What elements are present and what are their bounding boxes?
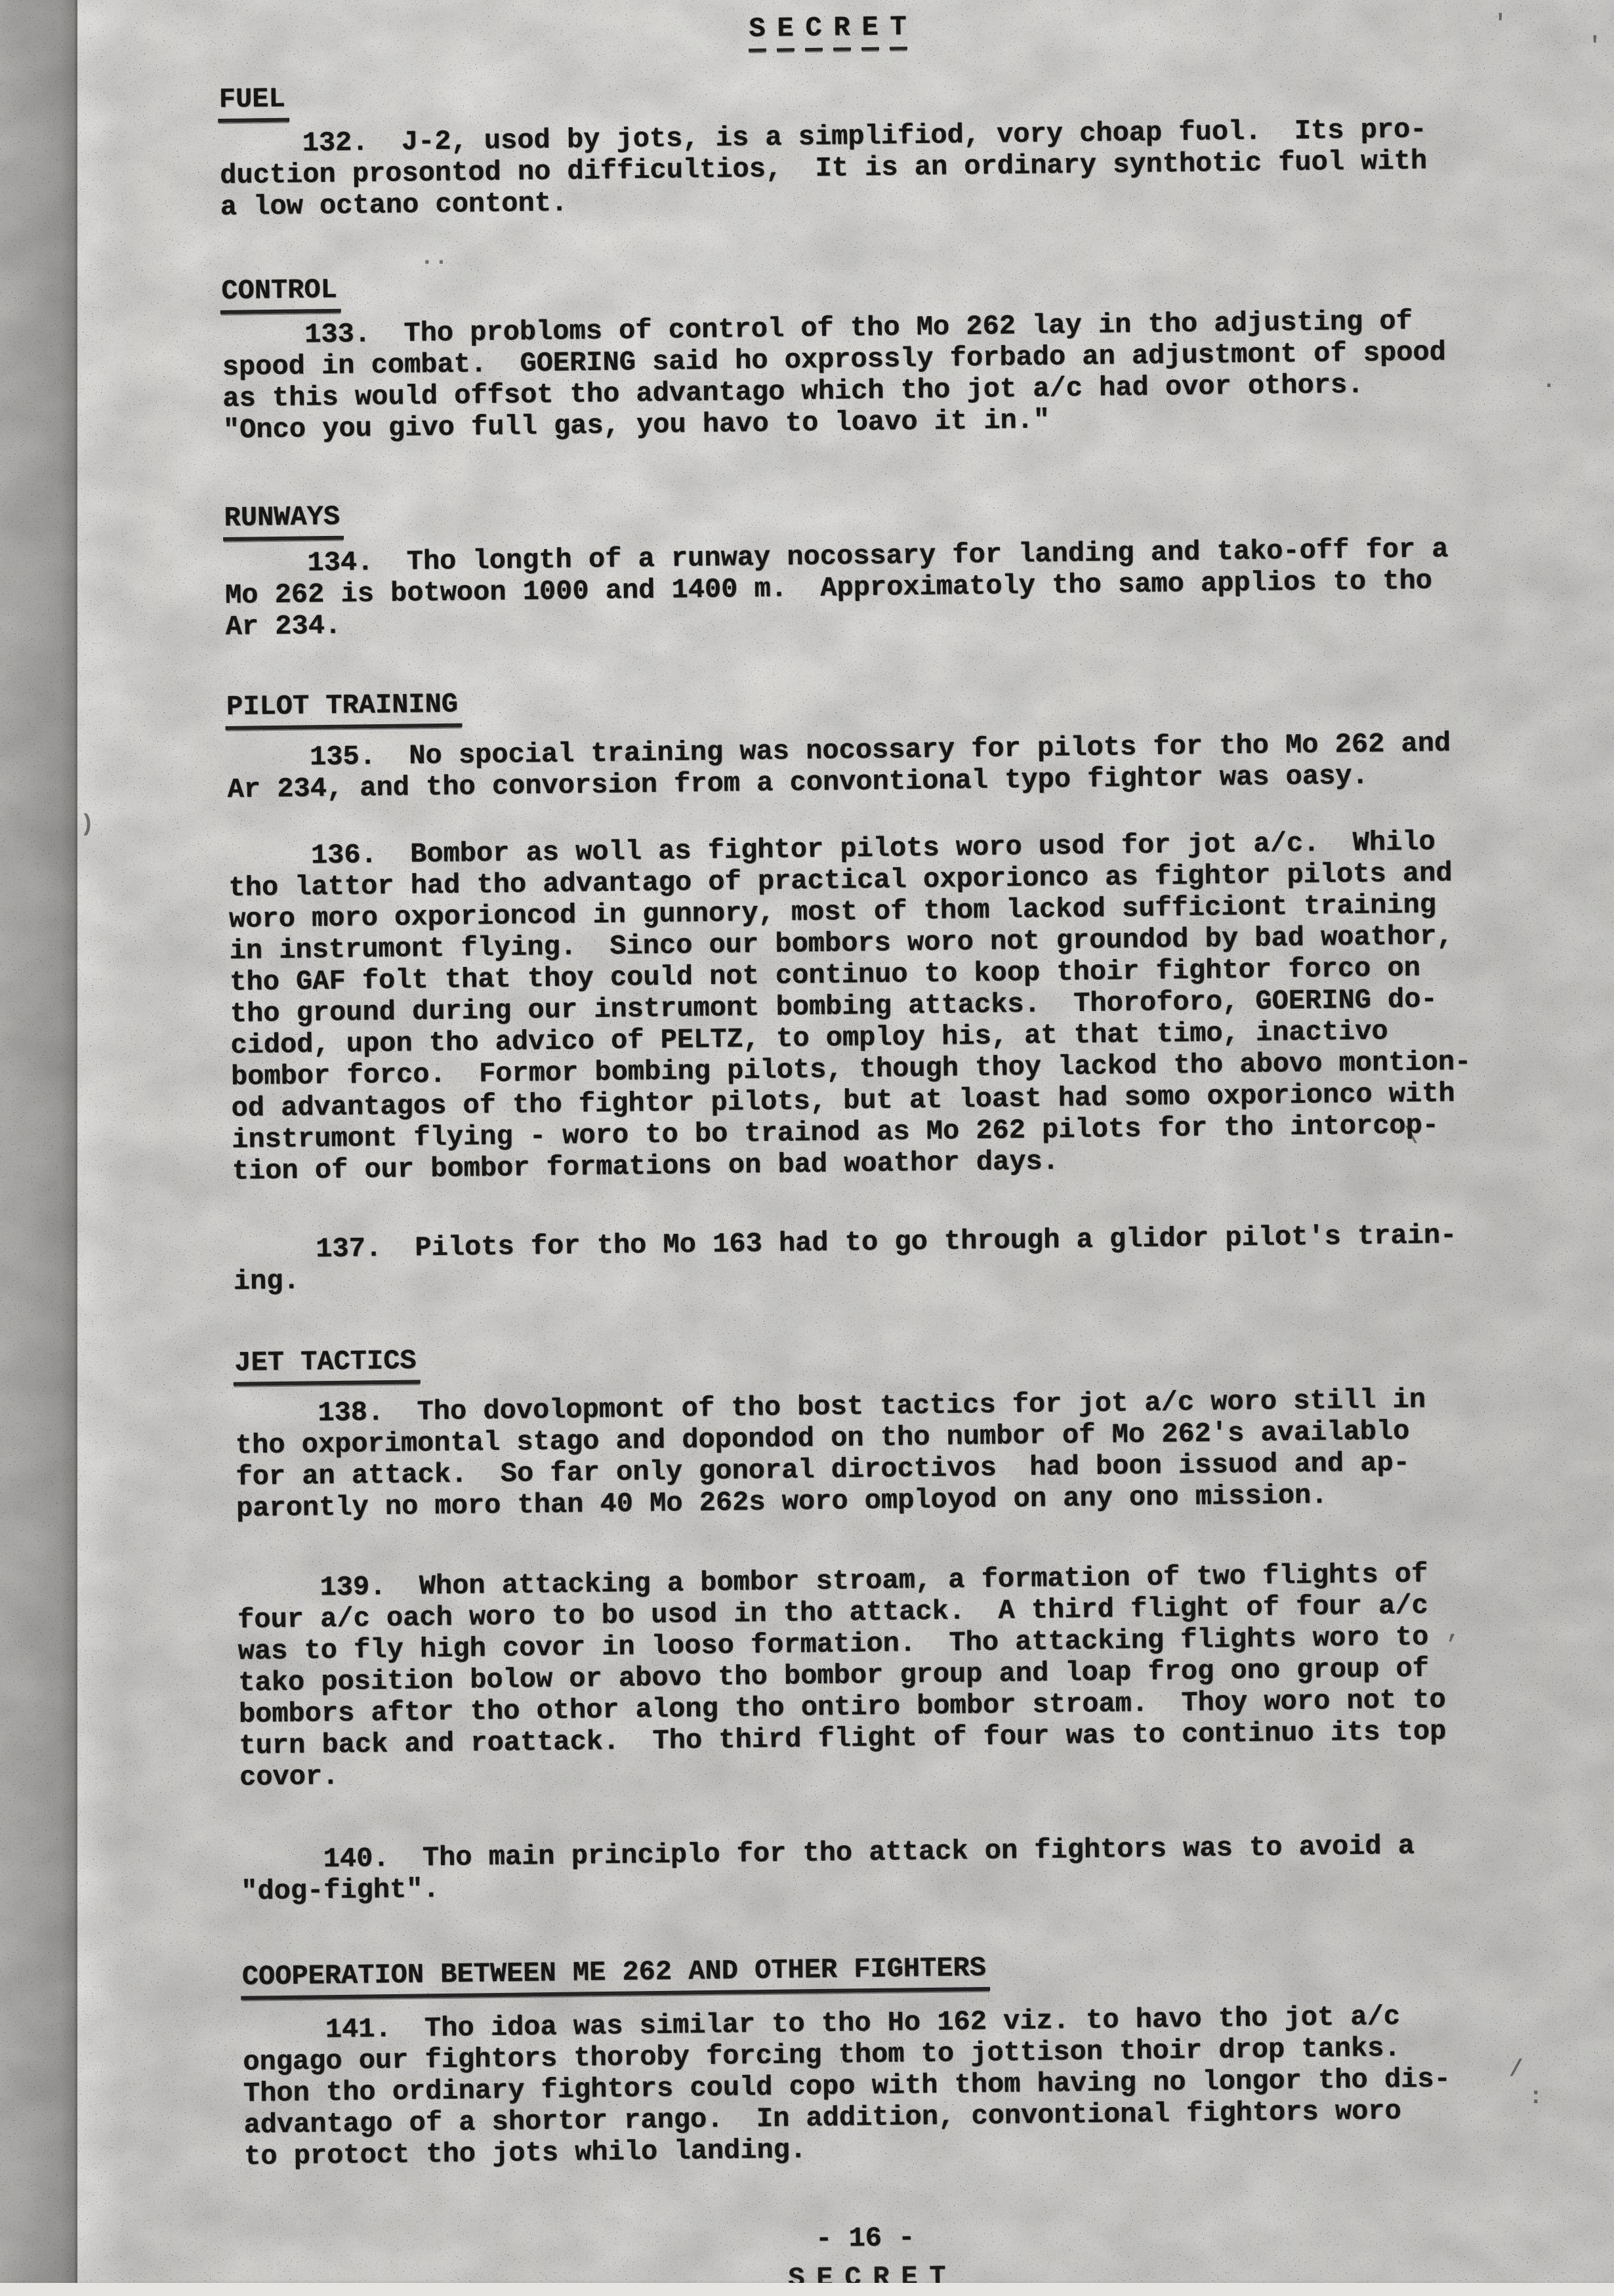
scan-mark: ` bbox=[856, 2026, 870, 2053]
scan-mark: ' bbox=[1493, 10, 1508, 37]
scan-mark: . bbox=[1542, 367, 1556, 394]
scan-mark: , bbox=[1446, 1618, 1460, 1645]
scan-mark: \ bbox=[1404, 1123, 1418, 1150]
scan-bottom-edge bbox=[0, 2283, 1614, 2296]
scan-mark: ) bbox=[80, 811, 94, 838]
scan-mark: : bbox=[1529, 2083, 1543, 2110]
scan-mark: ' bbox=[1588, 33, 1602, 60]
scan-mark: / bbox=[1509, 2056, 1523, 2083]
scan-artifacts: ''...)\,`/: bbox=[0, 0, 1614, 2296]
scanned-document-page: SECRET FUEL 132. J-2, usod by jots, is a… bbox=[0, 0, 1614, 2296]
scan-mark: .. bbox=[420, 244, 448, 271]
